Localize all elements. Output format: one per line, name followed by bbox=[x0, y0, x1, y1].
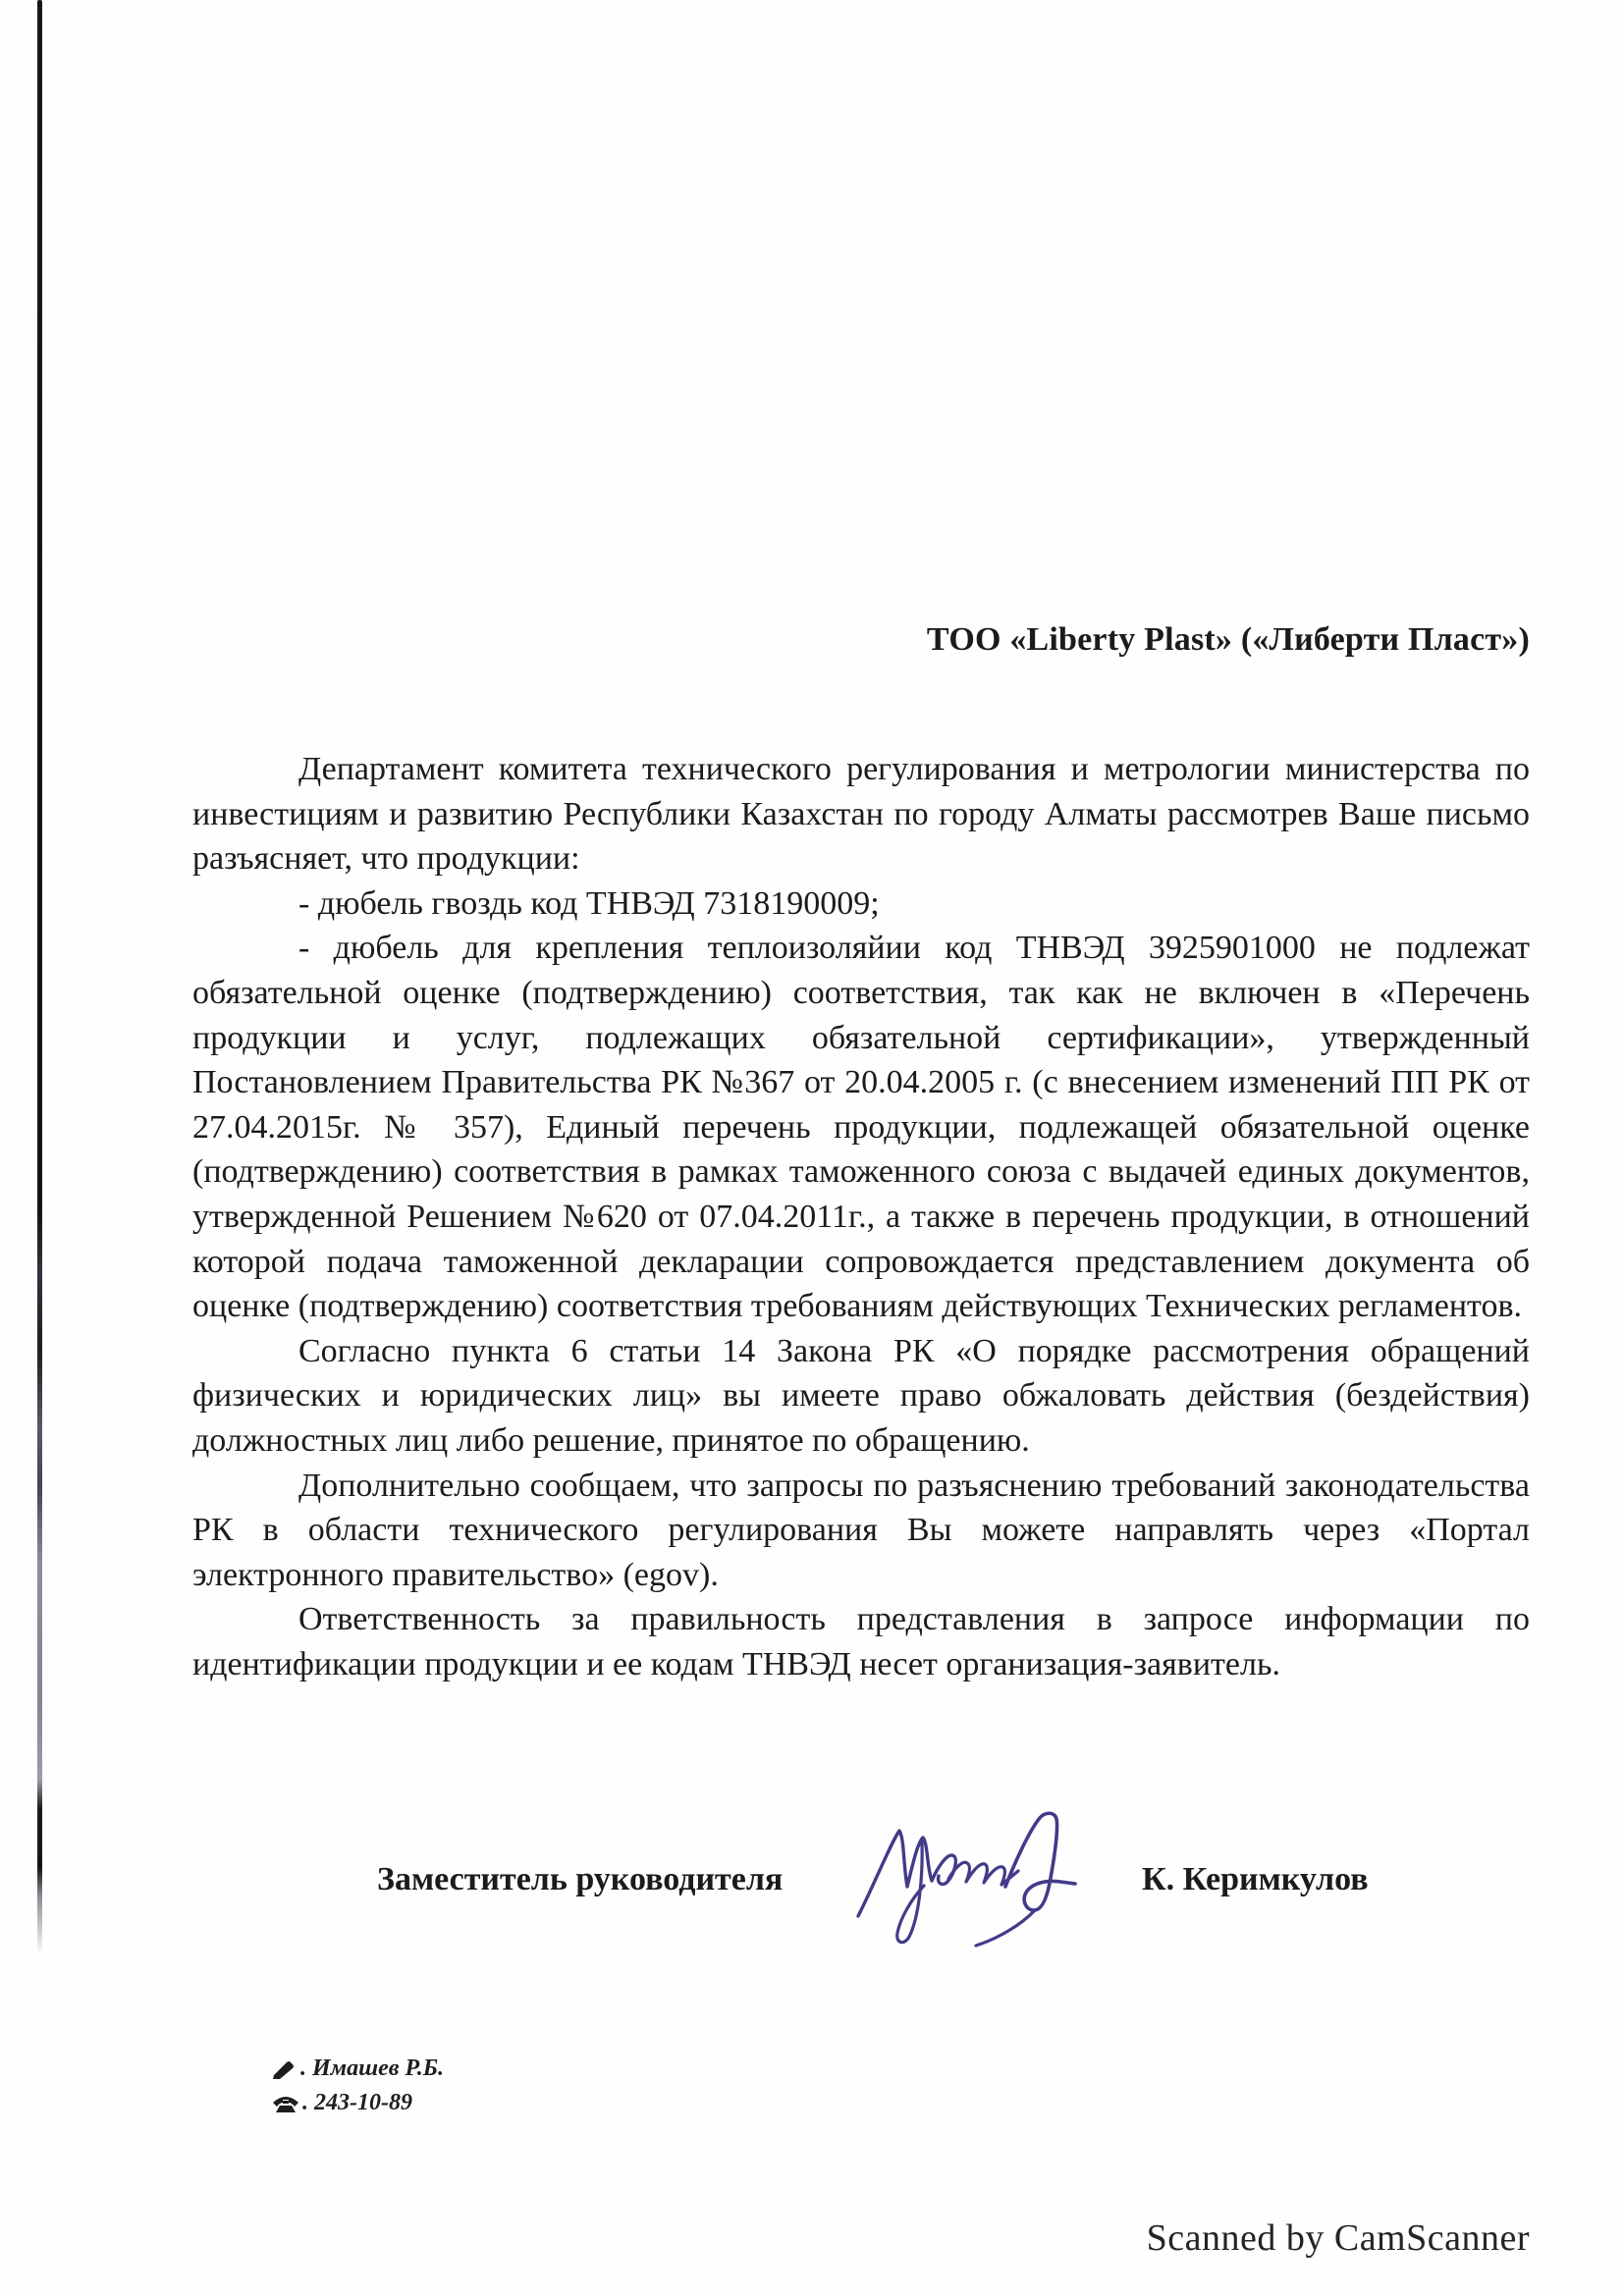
writing-hand-icon bbox=[272, 2058, 298, 2080]
phone-line: . 243-10-89 bbox=[272, 2086, 444, 2120]
signature-strokes bbox=[858, 1813, 1075, 1946]
phone-icon bbox=[272, 2094, 299, 2113]
scan-edge-artifact bbox=[37, 0, 42, 1955]
letter-paragraph: Согласно пункта 6 статьи 14 Закона РК «О… bbox=[192, 1329, 1530, 1464]
signer-name: К. Керимкулов bbox=[1142, 1861, 1369, 1898]
scanned-letter-page: ТОО «Liberty Plast» («Либерти Пласт») Де… bbox=[0, 0, 1623, 2296]
letter-paragraph: - дюбель для крепления теплоизоляйии код… bbox=[192, 926, 1530, 1328]
executor-name: . Имашев Р.Б. bbox=[300, 2052, 444, 2086]
executor-block: . Имашев Р.Б. . 243-10-89 bbox=[272, 2052, 444, 2120]
letter-body: Департамент комитета технического регули… bbox=[192, 747, 1530, 1686]
letter-paragraph: Дополнительно сообщаем, что запросы по р… bbox=[192, 1464, 1530, 1598]
camscanner-watermark: Scanned by CamScanner bbox=[1147, 2216, 1530, 2260]
letter-paragraph: - дюбель гвоздь код ТНВЭД 7318190009; bbox=[192, 881, 1530, 927]
executor-phone: . 243-10-89 bbox=[302, 2086, 412, 2120]
letter-paragraph: Ответственность за правильность представ… bbox=[192, 1597, 1530, 1686]
executor-line: . Имашев Р.Б. bbox=[272, 2052, 444, 2086]
signature-ink bbox=[803, 1785, 1088, 2001]
recipient-line: ТОО «Liberty Plast» («Либерти Пласт») bbox=[196, 621, 1530, 659]
letter-paragraph: Департамент комитета технического регули… bbox=[192, 747, 1530, 881]
signer-position-title: Заместитель руководителя bbox=[377, 1861, 783, 1898]
